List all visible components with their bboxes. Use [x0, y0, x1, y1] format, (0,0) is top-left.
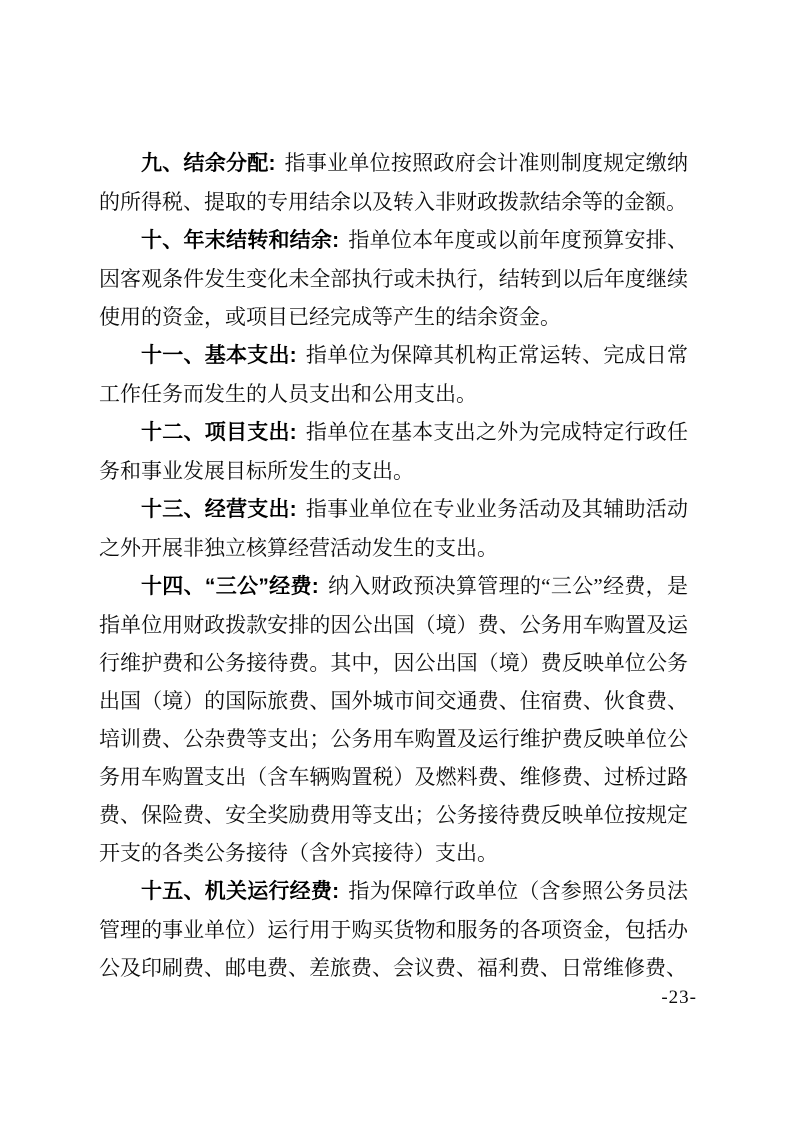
definition-paragraph-12: 十二、项目支出:指单位在基本支出之外为完成特定行政任务和事业发展目标所发生的支出…	[99, 413, 688, 490]
term-label: 十二、项目支出:	[141, 421, 297, 444]
document-page: 九、结余分配:指事业单位按照政府会计准则制度规定缴纳的所得税、提取的专用结余以及…	[0, 0, 793, 1122]
definition-paragraph-9: 九、结余分配:指事业单位按照政府会计准则制度规定缴纳的所得税、提取的专用结余以及…	[99, 144, 688, 221]
definition-paragraph-14: 十四、“三公”经费:纳入财政预决算管理的“三公”经费，是指单位用财政拨款安排的因…	[99, 567, 688, 872]
definition-paragraph-15: 十五、机关运行经费:指为保障行政单位（含参照公务员法管理的事业单位）运行用于购买…	[99, 872, 688, 987]
term-label: 十四、“三公”经费:	[141, 575, 319, 598]
term-label: 十三、经营支出:	[141, 498, 297, 521]
definition-paragraph-10: 十、年末结转和结余:指单位本年度或以前年度预算安排、因客观条件发生变化未全部执行…	[99, 221, 688, 336]
document-body: 九、结余分配:指事业单位按照政府会计准则制度规定缴纳的所得税、提取的专用结余以及…	[99, 144, 688, 987]
page-number: -23-	[661, 986, 697, 1010]
definition-text: 纳入财政预决算管理的“三公”经费，是指单位用财政拨款安排的因公出国（境）费、公务…	[99, 574, 688, 865]
term-label: 十五、机关运行经费:	[141, 880, 339, 903]
definition-paragraph-11: 十一、基本支出:指单位为保障其机构正常运转、完成日常工作任务而发生的人员支出和公…	[99, 336, 688, 413]
term-label: 十一、基本支出:	[141, 344, 297, 367]
term-label: 十、年末结转和结余:	[141, 229, 339, 252]
term-label: 九、结余分配:	[141, 152, 275, 175]
definition-paragraph-13: 十三、经营支出:指事业单位在专业业务活动及其辅助活动之外开展非独立核算经营活动发…	[99, 490, 688, 567]
